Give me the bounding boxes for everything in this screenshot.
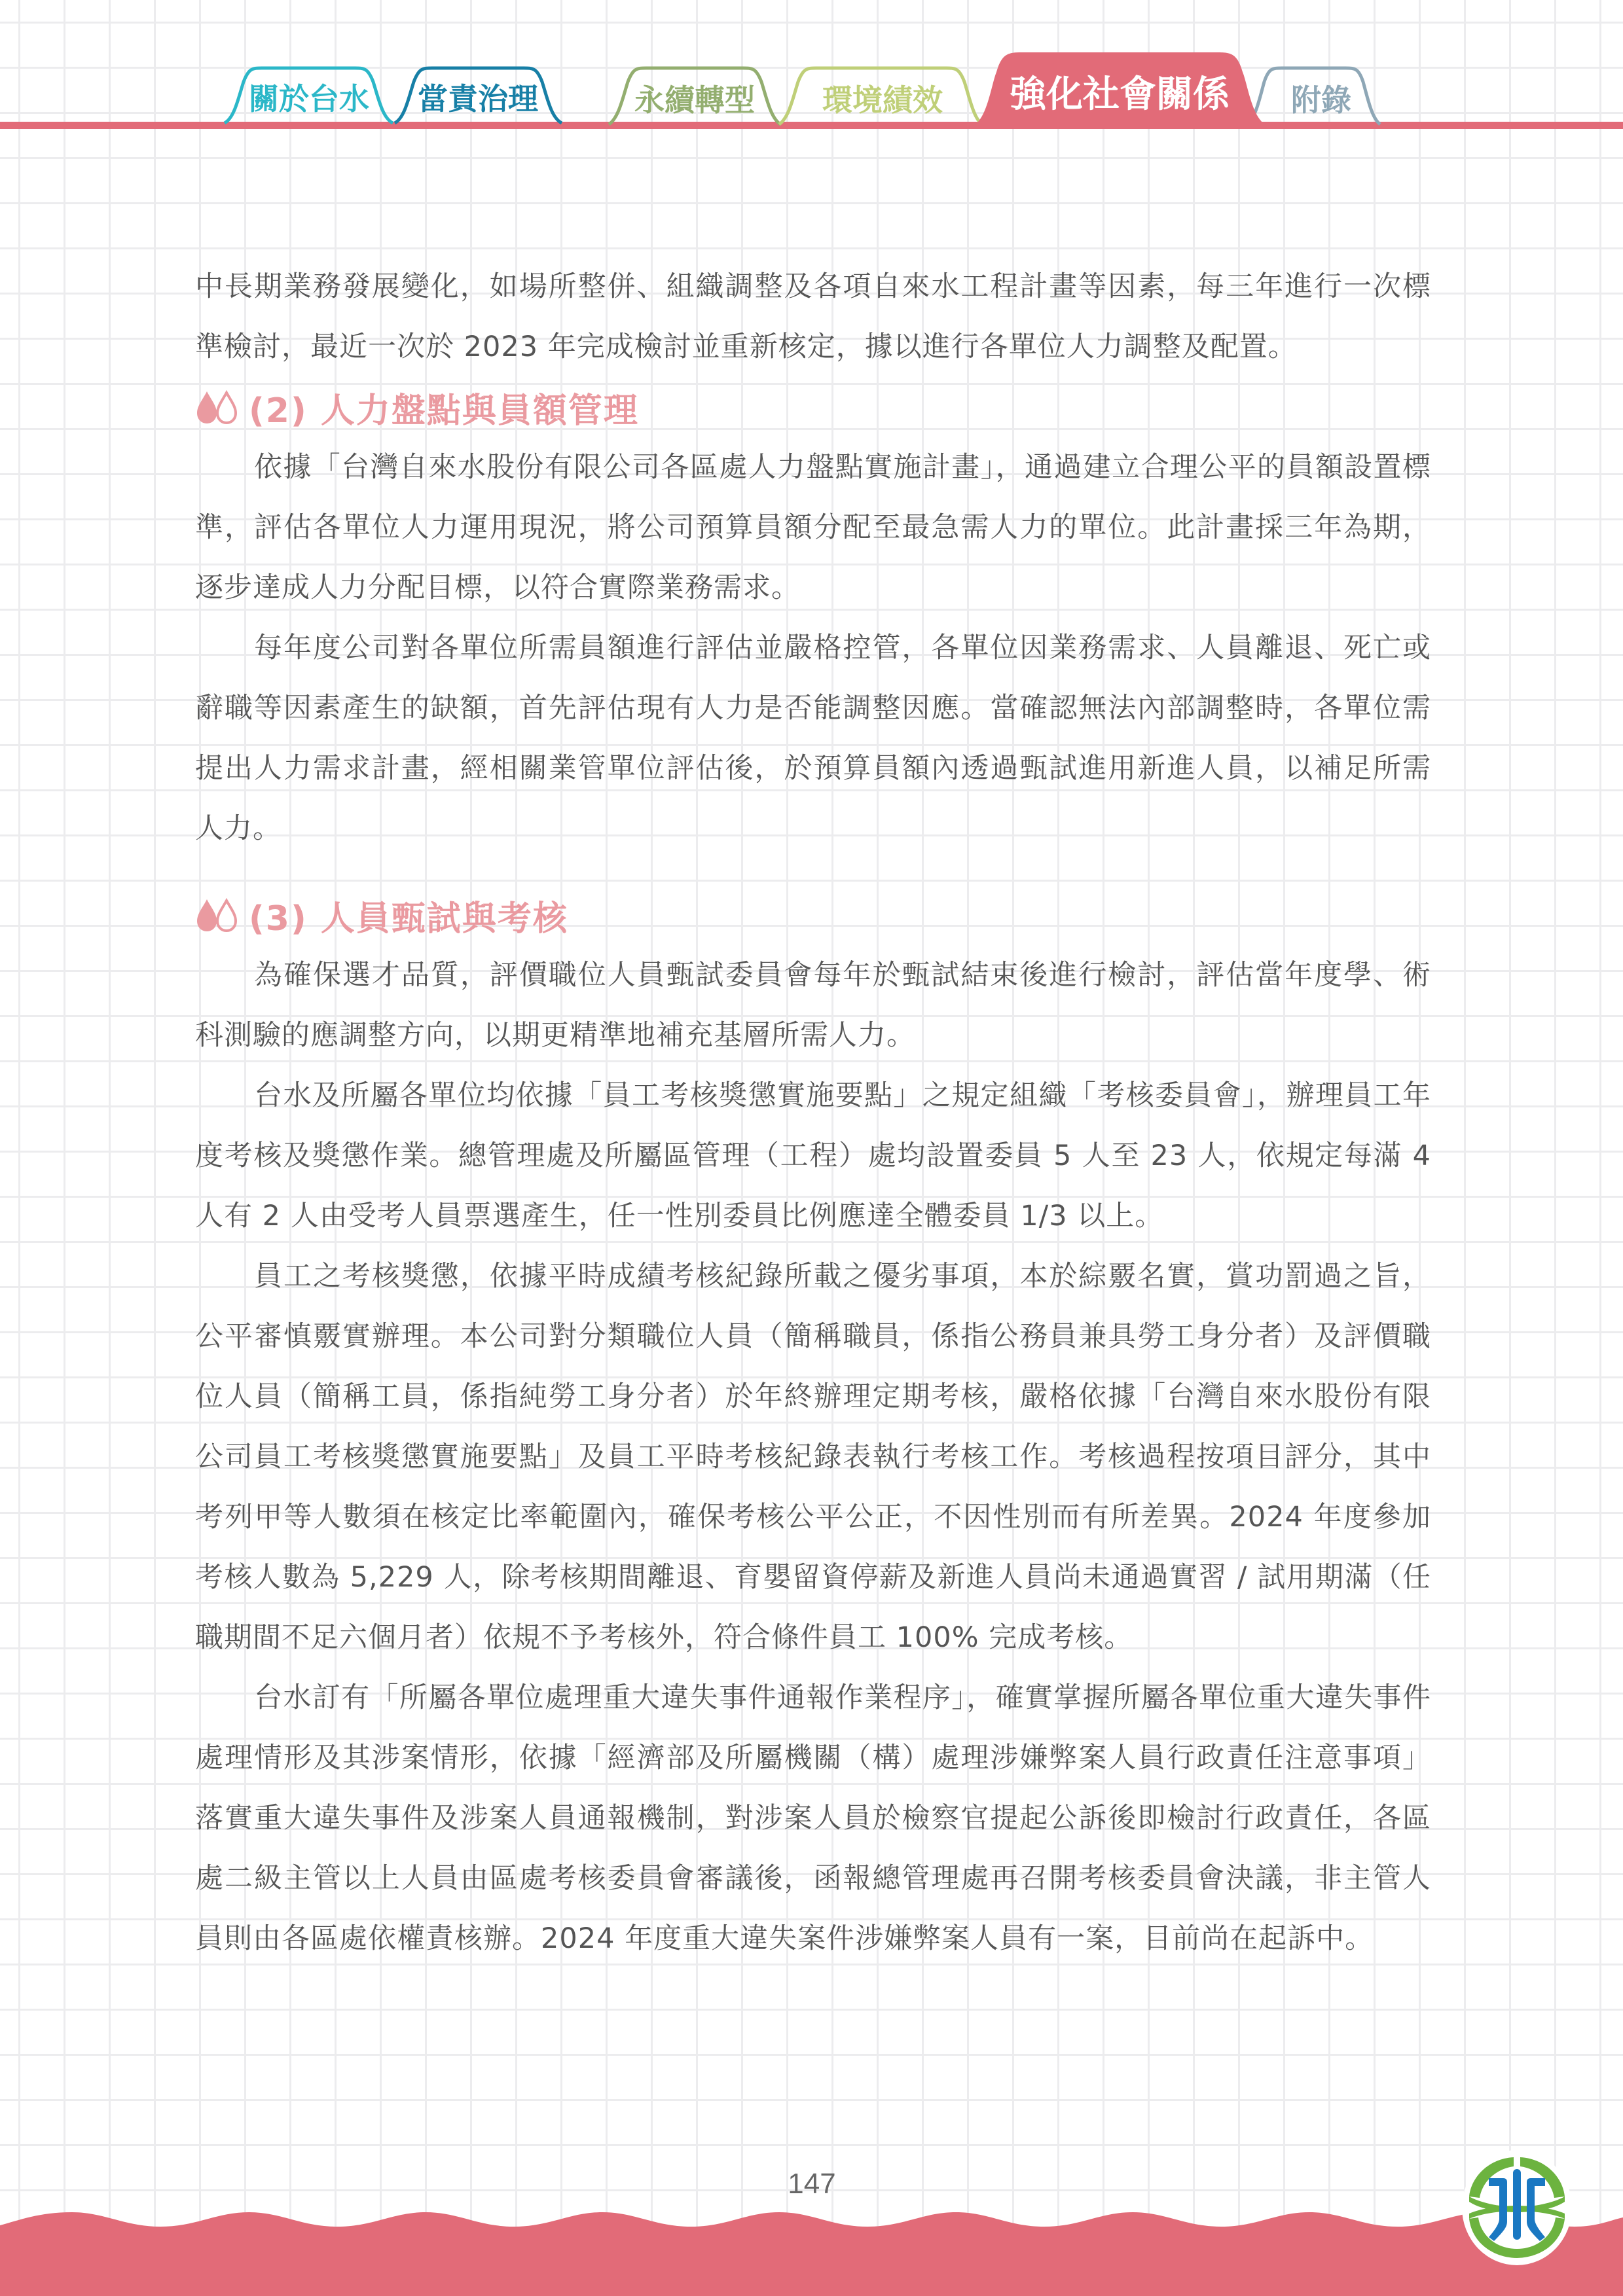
paragraph: 台水及所屬各單位均依據「員工考核獎懲實施要點」之規定組織「考核委員會」，辦理員工… xyxy=(195,1066,1431,1246)
paragraph: 每年度公司對各單位所需員額進行評估並嚴格控管，各單位因業務需求、人員離退、死亡或… xyxy=(195,618,1431,859)
section-title: (3) 人員甄試與考核 xyxy=(249,891,568,940)
tab-appendix[interactable]: 附錄 xyxy=(1291,77,1351,120)
paragraph: 員工之考核獎懲，依據平時成績考核紀錄所載之優劣事項，本於綜覈名實，賞功罰過之旨，… xyxy=(195,1246,1431,1668)
taiwan-water-logo xyxy=(1461,2149,1573,2266)
tab-about[interactable]: 關於台水 xyxy=(249,75,369,118)
tab-social-relations[interactable]: 強化社會關係 xyxy=(1010,65,1230,118)
page-content: 中長期業務發展變化，如場所整併、組織調整及各項自來水工程計畫等因素，每三年進行一… xyxy=(195,257,1431,1969)
section-heading-recruitment: (3) 人員甄試與考核 xyxy=(195,885,1431,945)
tab-sustainability[interactable]: 永續轉型 xyxy=(634,77,755,120)
paragraph: 台水訂有「所屬各單位處理重大違失事件通報作業程序」，確實掌握所屬各單位重大違失事… xyxy=(195,1668,1431,1969)
chapter-tab-bar: 關於台水 當責治理 永續轉型 環境績效 強化社會關係 附錄 xyxy=(0,0,1623,137)
paragraph: 為確保選才品質，評價職位人員甄試委員會每年於甄試結束後進行檢討，評估當年度學、術… xyxy=(195,945,1431,1066)
footer-wave xyxy=(0,2147,1623,2296)
water-drops-icon xyxy=(195,897,242,933)
paragraph: 依據「台灣自來水股份有限公司各區處人力盤點實施計畫」，通過建立合理公平的員額設置… xyxy=(195,437,1431,618)
water-drops-icon xyxy=(195,389,242,425)
tab-environment[interactable]: 環境績效 xyxy=(822,77,943,120)
section-heading-headcount: (2) 人力盤點與員額管理 xyxy=(195,377,1431,437)
section-title: (2) 人力盤點與員額管理 xyxy=(249,383,639,432)
tab-governance[interactable]: 當責治理 xyxy=(418,75,538,118)
tab-outlines xyxy=(0,0,1623,137)
intro-paragraph: 中長期業務發展變化，如場所整併、組織調整及各項自來水工程計畫等因素，每三年進行一… xyxy=(195,257,1431,377)
